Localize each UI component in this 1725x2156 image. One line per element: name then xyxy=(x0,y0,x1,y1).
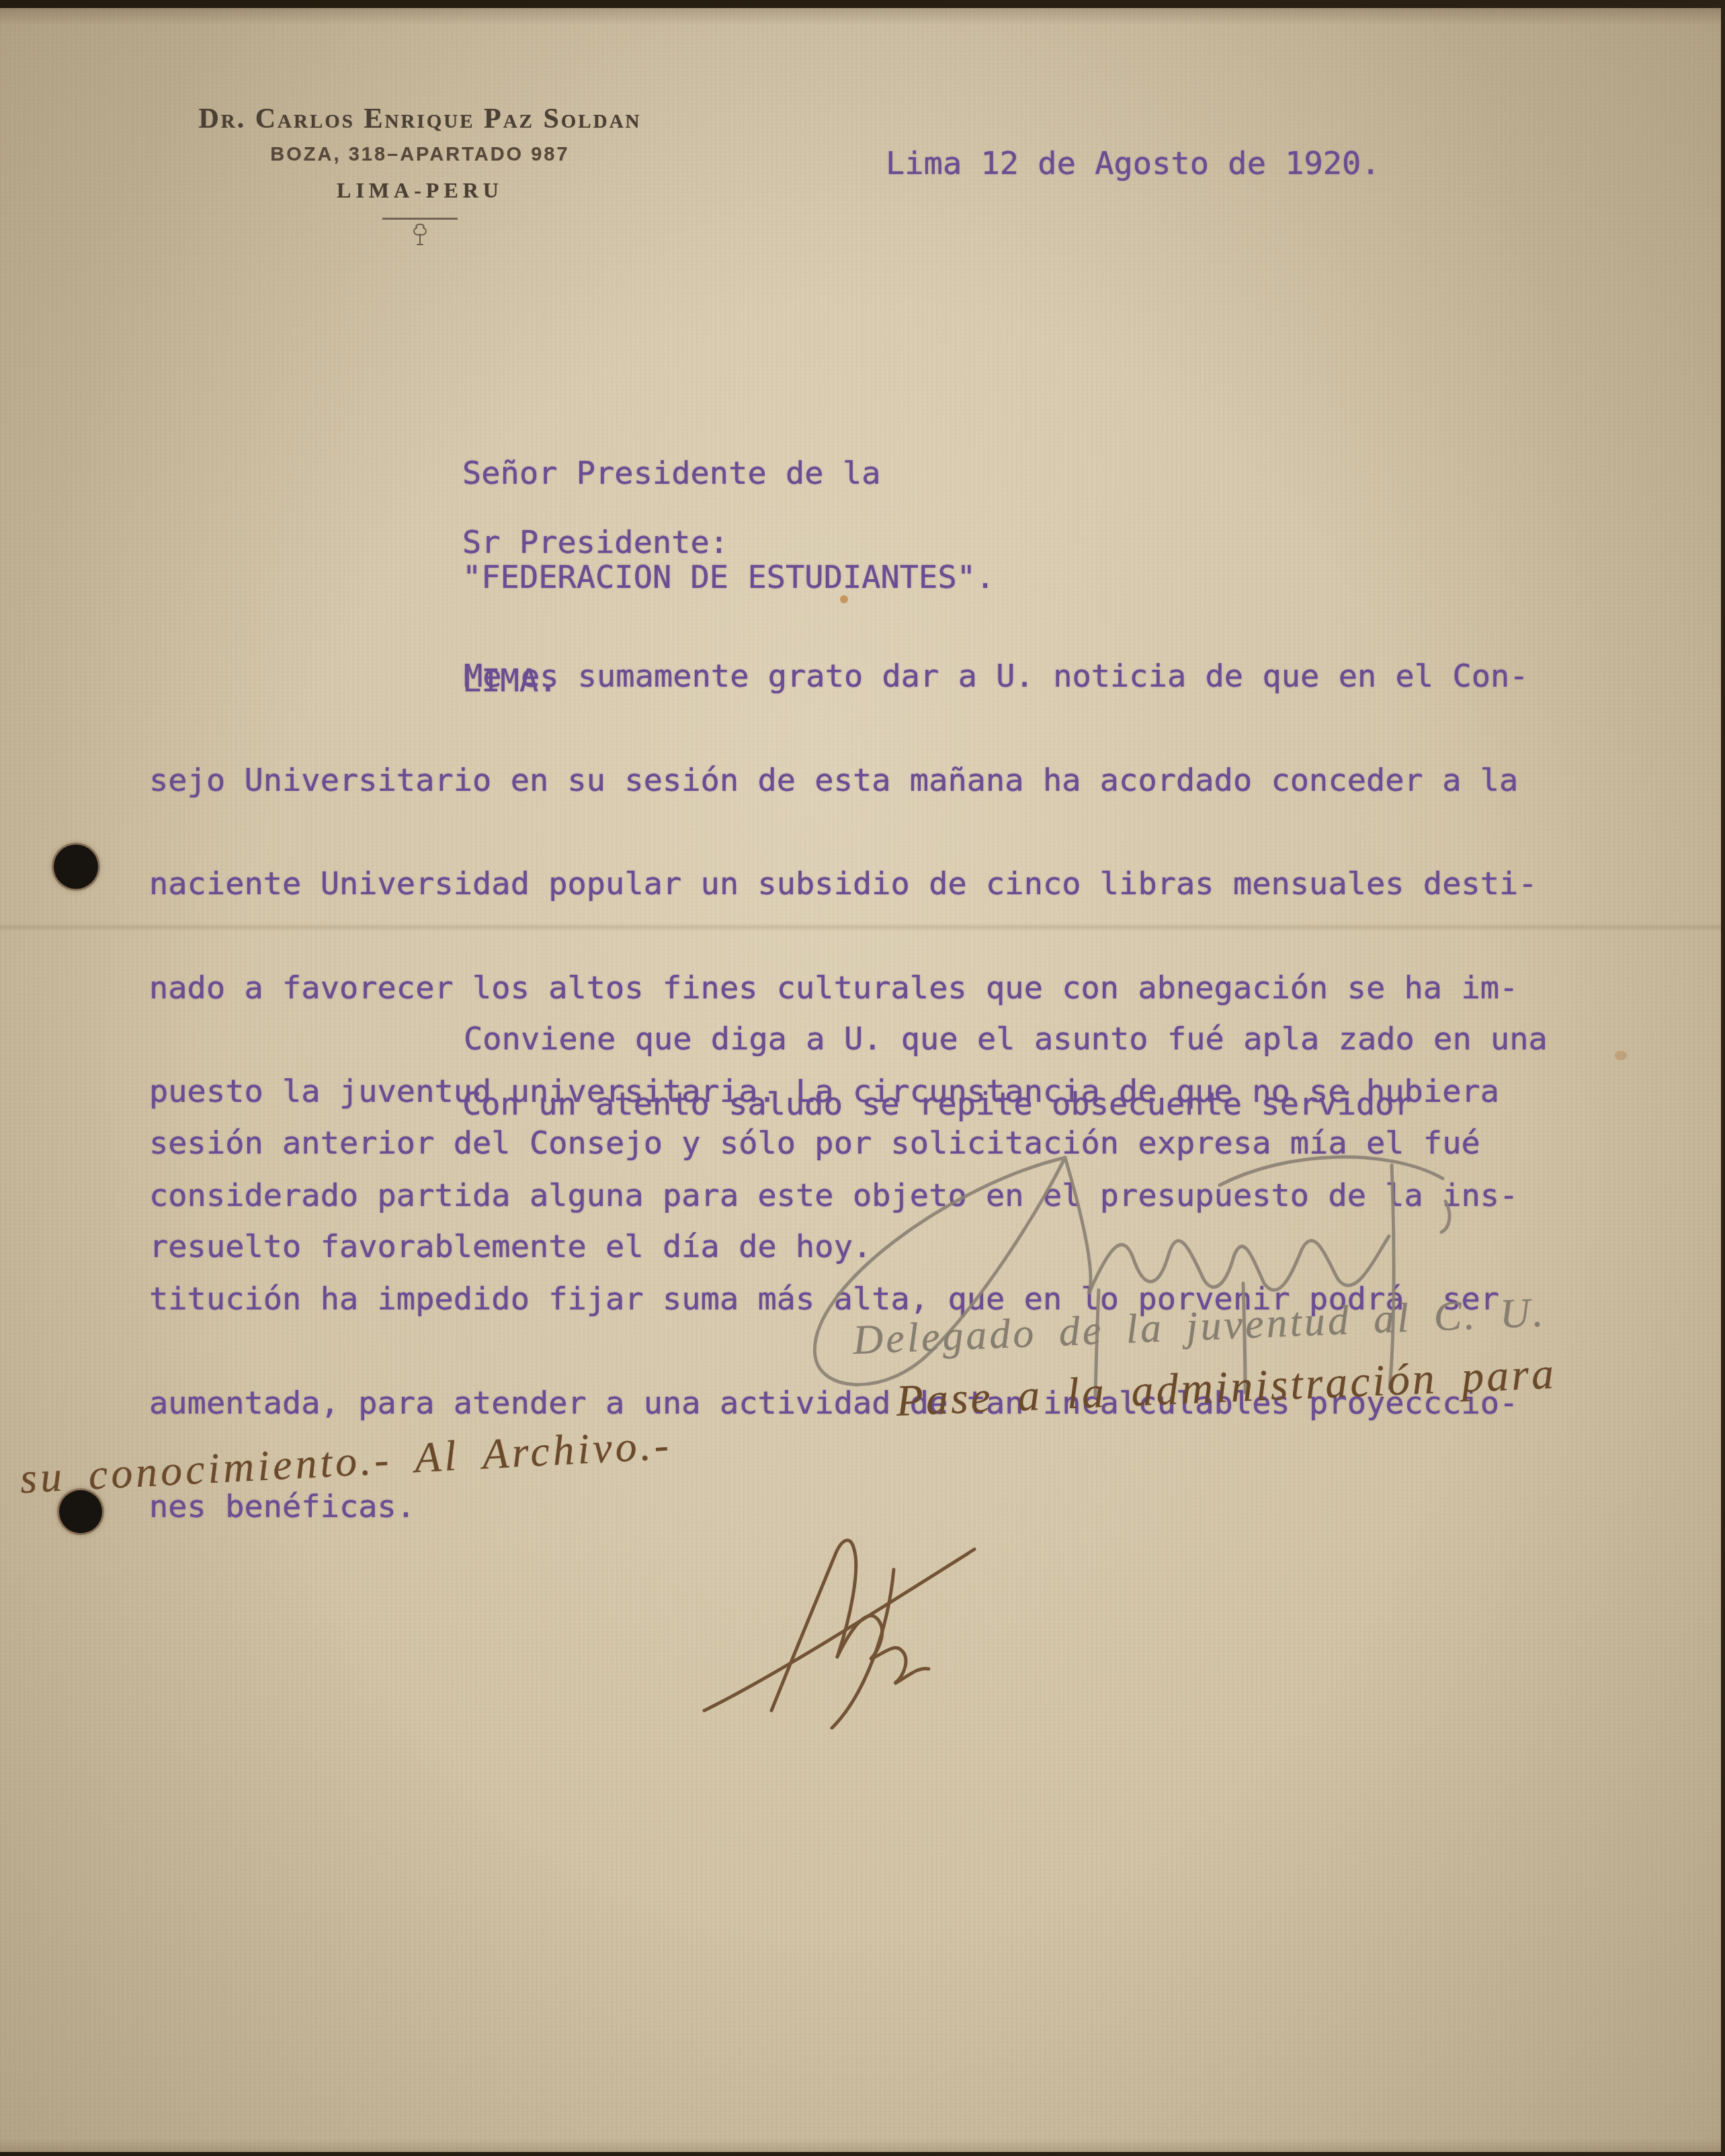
body-line: Me es sumamente grato dar a U. noticia d… xyxy=(149,659,1538,694)
closing-line: Con un atento saludo se repite obsecuent… xyxy=(462,1087,1413,1122)
letterhead-city: LIMA-PERU xyxy=(114,178,726,203)
letterhead-ornament-icon xyxy=(411,222,429,245)
body-line: sejo Universitario en su sesión de esta … xyxy=(149,763,1538,798)
salutation: Sr Presidente: xyxy=(462,525,728,560)
punch-hole xyxy=(59,1490,102,1533)
punch-hole xyxy=(54,845,98,889)
body-line: Conviene que diga a U. que el asunto fué… xyxy=(149,1022,1548,1057)
letterhead-address: BOZA, 318–APARTADO 987 xyxy=(114,144,726,166)
stain xyxy=(1615,1051,1627,1060)
date-line: Lima 12 de Agosto de 1920. xyxy=(886,146,1380,181)
recipient-line: Señor Presidente de la xyxy=(462,456,995,491)
letter-photo: Dr. Carlos Enrique Paz Soldan BOZA, 318–… xyxy=(0,0,1725,2156)
letterhead: Dr. Carlos Enrique Paz Soldan BOZA, 318–… xyxy=(114,103,726,249)
rosay-signature xyxy=(692,1508,981,1729)
letter-paper: Dr. Carlos Enrique Paz Soldan BOZA, 318–… xyxy=(0,8,1721,2152)
letterhead-name: Dr. Carlos Enrique Paz Soldan xyxy=(114,103,726,134)
body-line: naciente Universidad popular un subsidio… xyxy=(149,867,1538,902)
letterhead-divider xyxy=(382,218,458,220)
